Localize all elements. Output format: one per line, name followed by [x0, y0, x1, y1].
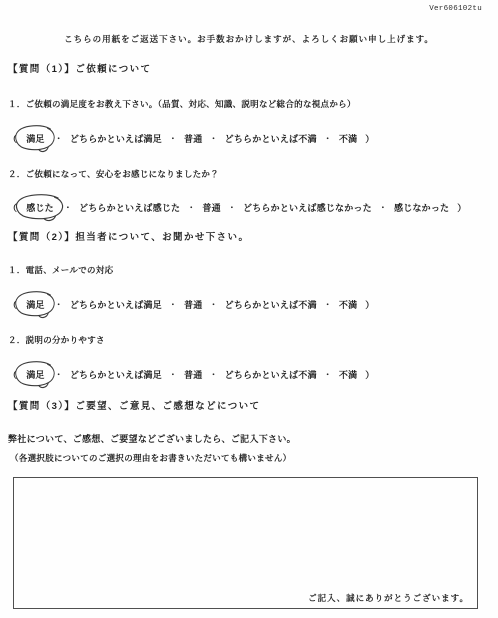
section1-q2-options: （ 感じた ・ どちらかといえば感じた ・ 普通 ・ どちらかといえば感じなかっ…: [8, 202, 466, 214]
separator-dot: ・: [55, 133, 63, 145]
option-kanjita-selected[interactable]: 感じた: [23, 202, 57, 214]
separator-dot: ・: [209, 133, 217, 145]
paren-open: （: [8, 299, 17, 311]
option-label: 満足: [26, 134, 44, 144]
free-response-area[interactable]: [16, 480, 475, 590]
thanks-note: ご記入、誠にありがとうございます。: [308, 592, 469, 604]
option[interactable]: 不満: [339, 299, 357, 311]
separator-dot: ・: [55, 299, 63, 311]
option[interactable]: どちらかといえば満足: [70, 133, 162, 145]
separator-dot: ・: [379, 202, 387, 214]
version-label: Ver606102tu: [429, 3, 482, 15]
option[interactable]: 不満: [339, 133, 357, 145]
section2-q2-options: （ 満足 ・ どちらかといえば満足 ・ 普通 ・ どちらかといえば不満 ・ 不満…: [8, 369, 374, 381]
section3-prompt: 弊社について、ご感想、ご要望などございましたら、ご記入下さい。: [8, 433, 296, 445]
separator-dot: ・: [55, 369, 63, 381]
free-response-box[interactable]: ご記入、誠にありがとうございます。: [13, 477, 478, 609]
section2-q1-label: １．電話、メールでの対応: [8, 264, 113, 276]
option-manzoku-selected[interactable]: 満足: [23, 299, 47, 311]
option[interactable]: どちらかといえば不満: [225, 299, 317, 311]
option[interactable]: どちらかといえば満足: [70, 369, 162, 381]
separator-dot: ・: [169, 369, 177, 381]
paren-open: （: [8, 369, 17, 381]
section1-title: 【質問（1）】ご依頼について: [8, 64, 151, 76]
paren-close: ）: [365, 369, 374, 381]
paren-open: （: [8, 202, 17, 214]
questionnaire-page: Ver606102tu こちらの用紙をご返送下さい。お手数おかけしますが、よろし…: [0, 0, 498, 618]
section3-title: 【質問（3）】ご要望、ご意見、ご感想などについて: [8, 401, 260, 413]
option-manzoku-selected[interactable]: 満足: [23, 133, 47, 145]
paren-close: ）: [365, 133, 374, 145]
separator-dot: ・: [64, 202, 72, 214]
section3-note: （各選択肢についてのご選択の理由をお書きいただいても構いません）: [10, 452, 291, 464]
option-manzoku-selected[interactable]: 満足: [23, 369, 47, 381]
paren-close: ）: [365, 299, 374, 311]
separator-dot: ・: [324, 133, 332, 145]
separator-dot: ・: [187, 202, 195, 214]
paren-close: ）: [457, 202, 466, 214]
paren-open: （: [8, 133, 17, 145]
section1-q1-options: （ 満足 ・ どちらかといえば満足 ・ 普通 ・ どちらかといえば不満 ・ 不満…: [8, 133, 374, 145]
option[interactable]: 普通: [184, 369, 202, 381]
option[interactable]: どちらかといえば不満: [225, 133, 317, 145]
option-label: 満足: [26, 370, 44, 380]
return-instruction-note: こちらの用紙をご返送下さい。お手数おかけしますが、よろしくお願い申し上げます。: [0, 33, 498, 45]
option[interactable]: どちらかといえば不満: [225, 369, 317, 381]
option[interactable]: どちらかといえば感じなかった: [243, 202, 372, 214]
separator-dot: ・: [228, 202, 236, 214]
separator-dot: ・: [209, 299, 217, 311]
option[interactable]: 普通: [202, 202, 220, 214]
section2-title: 【質問（2）】担当者について、お聞かせ下さい。: [8, 232, 249, 244]
option[interactable]: 不満: [339, 369, 357, 381]
separator-dot: ・: [209, 369, 217, 381]
option[interactable]: 普通: [184, 299, 202, 311]
option-label: 感じた: [26, 203, 54, 213]
option[interactable]: どちらかといえば感じた: [79, 202, 180, 214]
separator-dot: ・: [324, 299, 332, 311]
option[interactable]: 普通: [184, 133, 202, 145]
section1-q1-label: １．ご依頼の満足度をお教え下さい。（品質、対応、知識、説明など総合的な視点から）: [8, 98, 356, 110]
option[interactable]: どちらかといえば満足: [70, 299, 162, 311]
separator-dot: ・: [324, 369, 332, 381]
section2-q1-options: （ 満足 ・ どちらかといえば満足 ・ 普通 ・ どちらかといえば不満 ・ 不満…: [8, 299, 374, 311]
option[interactable]: 感じなかった: [394, 202, 449, 214]
separator-dot: ・: [169, 133, 177, 145]
separator-dot: ・: [169, 299, 177, 311]
section2-q2-label: ２．説明の分かりやすさ: [8, 334, 105, 346]
option-label: 満足: [26, 300, 44, 310]
section1-q2-label: ２．ご依頼になって、安心をお感じになりましたか？: [8, 168, 219, 180]
